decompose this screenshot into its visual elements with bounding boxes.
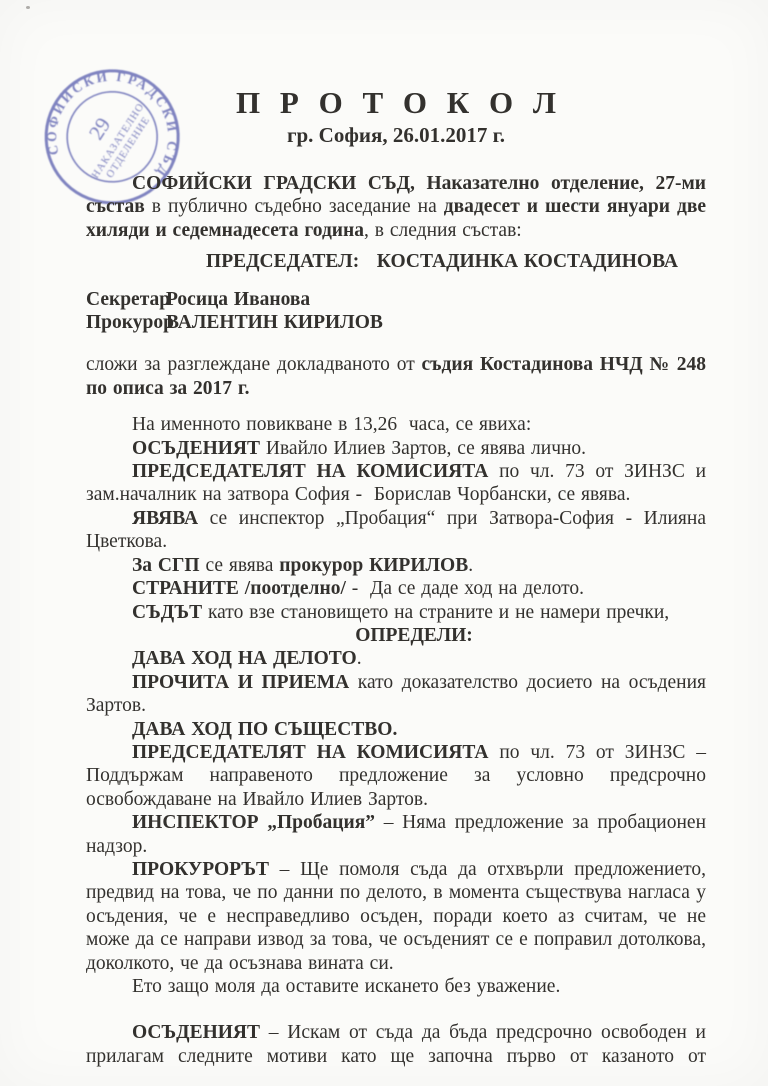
ruling-evidence-paragraph: ПРОЧИТА И ПРИЕМА като доказателство доси… — [86, 671, 706, 718]
intro-paragraph: СОФИЙСКИ ГРАДСКИ СЪД, Наказателно отделе… — [86, 172, 706, 242]
ruling-proceed-line: ДАВА ХОД НА ДЕЛОТО. — [86, 647, 706, 670]
text-run: . — [468, 555, 473, 576]
text-run: , в следния състав: — [364, 220, 522, 241]
prosecution-appearance-line: За СГП се явява прокурор КИРИЛОВ. — [86, 554, 706, 577]
page-subtitle: гр. София, 26.01.2017 г. — [86, 122, 706, 148]
case-number-paragraph: сложи за разглеждане докладваното от съд… — [86, 353, 706, 400]
prosecutor-statement: ПРОКУРОРЪТ – Ще помоля съда да отхвърли … — [86, 858, 706, 975]
roll-call-line: На именното повикване в 13,26 часа, се я… — [86, 413, 706, 436]
text-run: ИНСПЕКТОР „Пробация” — [132, 812, 375, 833]
commission-chair-statement: ПРЕДСЕДАТЕЛЯТ НА КОМИСИЯТА по чл. 73 от … — [86, 741, 706, 811]
text-run: - Да се даде ход на делото. — [346, 578, 584, 599]
text-run: На именното повикване в 13,26 часа, се я… — [132, 414, 531, 435]
text-run: ВАЛЕНТИН КИРИЛОВ — [166, 312, 383, 333]
document-content: П Р О Т О К О Л гр. София, 26.01.2017 г.… — [86, 86, 706, 1068]
text-run: ПРОЧИТА И ПРИЕМА — [132, 672, 349, 693]
text-run: ПРЕДСЕДАТЕЛЯТ НА КОМИСИЯТА — [132, 742, 489, 763]
convict-appearance-line: ОСЪДЕНИЯТ Ивайло Илиев Зартов, се явява … — [86, 437, 706, 460]
probation-inspector-appearance: ЯВЯВА се инспектор „Пробация“ при Затвор… — [86, 507, 706, 554]
document-body: СОФИЙСКИ ГРАДСКИ СЪД, Наказателно отделе… — [86, 172, 706, 1068]
court-ruling-heading: ОПРЕДЕЛИ: — [86, 624, 706, 647]
text-run: като взе становището на страните и не на… — [202, 602, 669, 623]
ruling-merits-line: ДАВА ХОД ПО СЪЩЕСТВО. — [86, 718, 706, 741]
page-title: П Р О Т О К О Л — [86, 86, 706, 120]
text-run: СЪДЪТ — [132, 602, 202, 623]
presiding-judge-line: ПРЕДСЕДАТЕЛ: КОСТАДИНКА КОСТАДИНОВА — [86, 250, 706, 273]
court-statement-line: СЪДЪТ като взе становището на страните и… — [86, 601, 706, 624]
text-run: ЯВЯВА — [132, 508, 198, 529]
prosecutor-line: ПрокурорВАЛЕНТИН КИРИЛОВ — [86, 311, 706, 334]
text-run: ПРОКУРОРЪТ — [132, 859, 269, 880]
convict-statement: ОСЪДЕНИЯТ – Искам от съда да бъда предср… — [86, 1021, 706, 1068]
prosecutor-closing-line: Ето защо моля да оставите искането без у… — [86, 975, 706, 998]
text-run: в публично съдебно заседание на — [145, 196, 444, 217]
text-run: . — [357, 648, 362, 669]
text-run: ПРЕДСЕДАТЕЛ: КОСТАДИНКА КОСТАДИНОВА — [206, 251, 678, 272]
text-run: Прокурор — [86, 311, 166, 334]
text-run: ОСЪДЕНИЯТ — [132, 438, 260, 459]
text-run: Ето защо моля да оставите искането без у… — [132, 976, 560, 997]
text-run: сложи за разглеждане докладваното от — [86, 354, 422, 375]
secretary-line: СекретарРосица Иванова — [86, 288, 706, 311]
page: СОФИЙСКИ ГРАДСКИ СЪД 29 НАКАЗАТЕЛНО ОТДЕ… — [0, 0, 768, 1086]
text-run: Ивайло Илиев Зартов, се явява лично. — [260, 438, 586, 459]
text-run: СТРАНИТЕ /поотделно/ — [132, 578, 346, 599]
text-run: се явява — [200, 555, 280, 576]
scan-artifact-dot — [26, 6, 30, 9]
text-run: Секретар — [86, 288, 166, 311]
text-run: ДАВА ХОД НА ДЕЛОТО — [132, 648, 357, 669]
commission-chair-appearance: ПРЕДСЕДАТЕЛЯТ НА КОМИСИЯТА по чл. 73 от … — [86, 460, 706, 507]
parties-statement-line: СТРАНИТЕ /поотделно/ - Да се даде ход на… — [86, 577, 706, 600]
text-run: ОСЪДЕНИЯТ — [132, 1022, 260, 1043]
text-run: Росица Иванова — [166, 289, 310, 310]
text-run: ДАВА ХОД ПО СЪЩЕСТВО. — [132, 719, 397, 740]
text-run: За СГП — [132, 555, 200, 576]
probation-inspector-statement: ИНСПЕКТОР „Пробация” – Няма предложение … — [86, 811, 706, 858]
text-run: ПРЕДСЕДАТЕЛЯТ НА КОМИСИЯТА — [132, 461, 488, 482]
text-run: прокурор КИРИЛОВ — [279, 555, 468, 576]
text-run: ОПРЕДЕЛИ: — [355, 625, 473, 646]
